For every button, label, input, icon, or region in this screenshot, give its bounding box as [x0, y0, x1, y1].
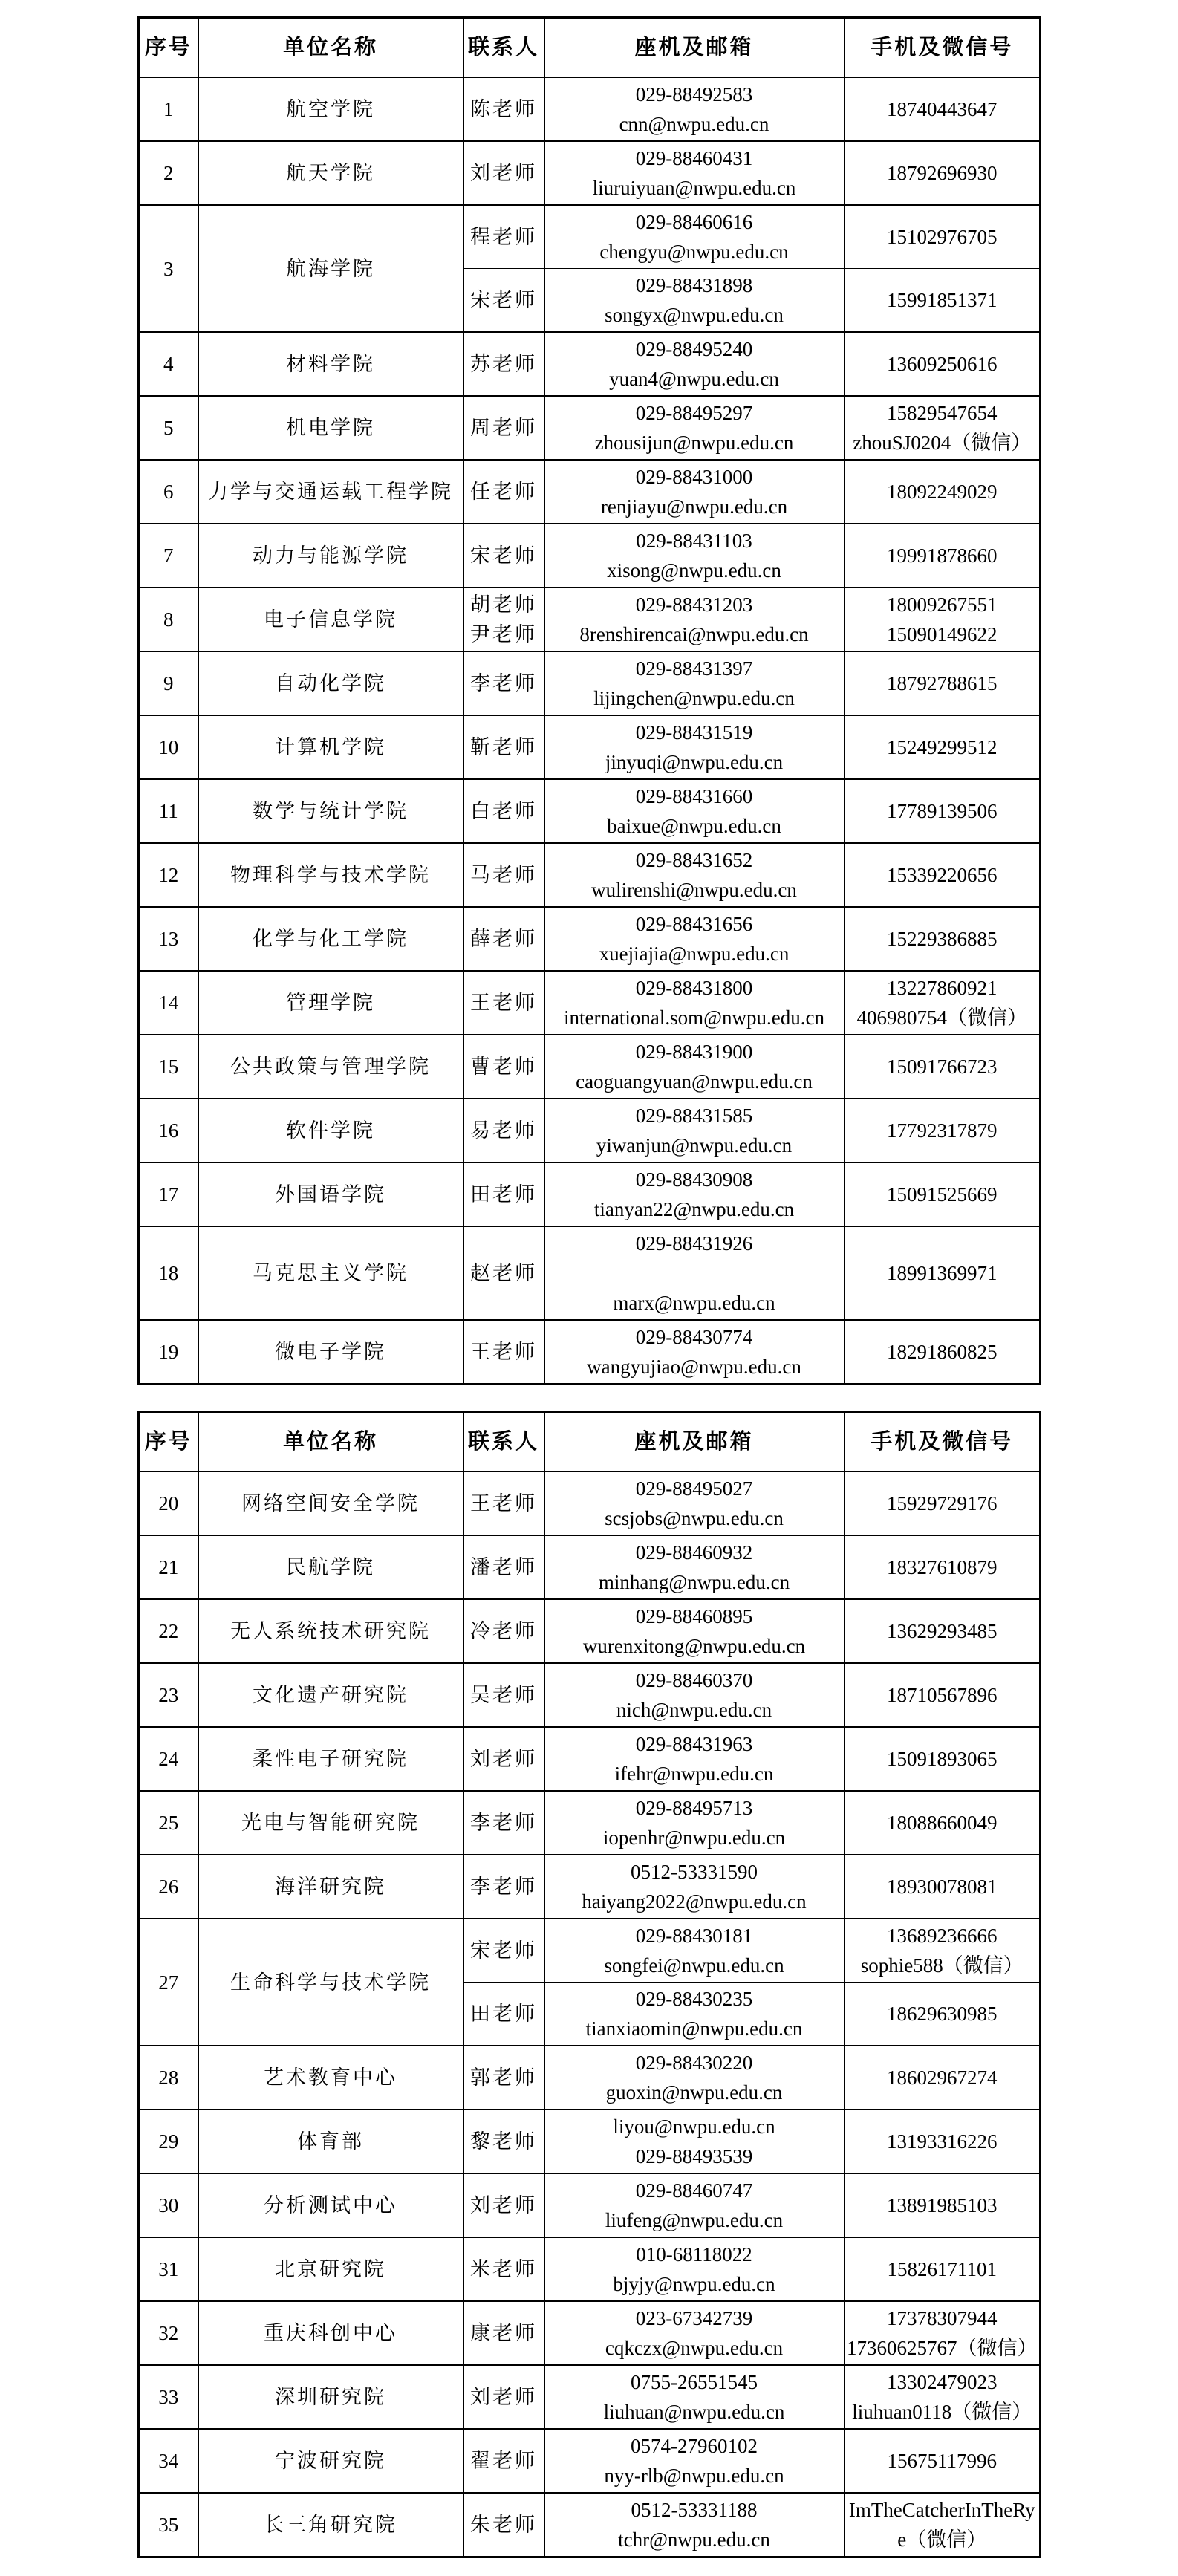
table-row: 3航海学院程老师029-88460616chengyu@nwpu.edu.cn1…	[139, 205, 1041, 269]
cell-line: 易老师	[466, 1116, 542, 1145]
table-row: 4材料学院苏老师029-88495240yuan4@nwpu.edu.cn136…	[139, 332, 1041, 396]
unit-name-cell: 软件学院	[198, 1099, 463, 1162]
cell-line: 31	[141, 2254, 196, 2284]
landline-email-cell: 029-88431660baixue@nwpu.edu.cn	[544, 779, 845, 843]
contact-person-cell: 赵老师	[463, 1226, 544, 1320]
cell-line: 15929729176	[847, 1489, 1038, 1518]
cell-line: 8	[141, 605, 196, 634]
column-header-no: 序号	[139, 18, 198, 78]
table-row: 28艺术教育中心郭老师029-88430220guoxin@nwpu.edu.c…	[139, 2046, 1041, 2110]
contact-person-cell: 李老师	[463, 1791, 544, 1855]
unit-name-cell: 生命科学与技术学院	[198, 1919, 463, 2046]
unit-name-cell: 深圳研究院	[198, 2365, 463, 2429]
cell-line: 029-88431585	[547, 1101, 842, 1131]
cell-line: 艺术教育中心	[201, 2063, 461, 2092]
cell-line: 029-88431898	[547, 270, 842, 300]
cell-line: 029-88495027	[547, 1474, 842, 1503]
table-row: 25光电与智能研究院李老师029-88495713iopenhr@nwpu.ed…	[139, 1791, 1041, 1855]
contact-person-cell: 靳老师	[463, 715, 544, 779]
cell-line: 王老师	[466, 988, 542, 1018]
table-row: 27生命科学与技术学院宋老师029-88430181songfei@nwpu.e…	[139, 1919, 1041, 1983]
cell-line: 029-88430235	[547, 1984, 842, 2014]
landline-email-cell: 029-88431900caoguangyuan@nwpu.edu.cn	[544, 1035, 845, 1099]
cell-line: 18991369971	[847, 1258, 1038, 1288]
contact-person-cell: 朱老师	[463, 2493, 544, 2557]
cell-line: baixue@nwpu.edu.cn	[547, 811, 842, 841]
row-number-cell: 18	[139, 1226, 198, 1320]
mobile-wechat-cell: 13891985103	[845, 2173, 1041, 2237]
cell-line: 动力与能源学院	[201, 541, 461, 570]
cell-line: 5	[141, 413, 196, 443]
row-number-cell: 35	[139, 2493, 198, 2557]
contact-person-cell: 吴老师	[463, 1663, 544, 1727]
cell-line: 机电学院	[201, 413, 461, 443]
landline-email-cell: 029-88460616chengyu@nwpu.edu.cn	[544, 205, 845, 269]
row-number-cell: 9	[139, 651, 198, 715]
row-number-cell: 13	[139, 907, 198, 971]
cell-line: caoguangyuan@nwpu.edu.cn	[547, 1067, 842, 1096]
cell-line: 18629630985	[847, 1999, 1038, 2029]
cell-line: 外国语学院	[201, 1180, 461, 1209]
cell-line: 18327610879	[847, 1552, 1038, 1582]
cell-line: 18740443647	[847, 94, 1038, 124]
cell-line: jinyuqi@nwpu.edu.cn	[547, 747, 842, 777]
landline-email-cell: 029-88431519jinyuqi@nwpu.edu.cn	[544, 715, 845, 779]
row-number-cell: 25	[139, 1791, 198, 1855]
table-row: 26海洋研究院李老师0512-53331590haiyang2022@nwpu.…	[139, 1855, 1041, 1919]
row-number-cell: 16	[139, 1099, 198, 1162]
cell-line: 0512-53331590	[547, 1857, 842, 1887]
row-number-cell: 4	[139, 332, 198, 396]
cell-line: 18602967274	[847, 2063, 1038, 2092]
unit-name-cell: 北京研究院	[198, 2237, 463, 2301]
cell-line: 029-88430220	[547, 2048, 842, 2078]
cell-line: 3	[141, 254, 196, 284]
cell-line: 15826171101	[847, 2254, 1038, 2284]
unit-name-cell: 航海学院	[198, 205, 463, 332]
cell-line: 宁波研究院	[201, 2446, 461, 2476]
cell-line: 2	[141, 158, 196, 188]
row-number-cell: 22	[139, 1599, 198, 1663]
landline-email-cell: 029-88460895wurenxitong@nwpu.edu.cn	[544, 1599, 845, 1663]
column-header-contact: 联系人	[463, 1412, 544, 1472]
cell-line: 1	[141, 94, 196, 124]
mobile-wechat-cell: 15091893065	[845, 1727, 1041, 1791]
table-row: 9自动化学院李老师029-88431397lijingchen@nwpu.edu…	[139, 651, 1041, 715]
cell-line: 刘老师	[466, 2190, 542, 2220]
cell-line: songyx@nwpu.edu.cn	[547, 300, 842, 330]
unit-name-cell: 微电子学院	[198, 1320, 463, 1385]
cell-line: 郭老师	[466, 2063, 542, 2092]
cell-line: 029-88460370	[547, 1665, 842, 1695]
mobile-wechat-cell: 19991878660	[845, 524, 1041, 588]
cell-line: 13609250616	[847, 349, 1038, 379]
cell-line: 30	[141, 2190, 196, 2220]
cell-line: 李老师	[466, 669, 542, 698]
cell-line: 406980754（微信）	[847, 1003, 1038, 1032]
contact-person-cell: 刘老师	[463, 2365, 544, 2429]
cell-line: 33	[141, 2382, 196, 2412]
unit-name-cell: 柔性电子研究院	[198, 1727, 463, 1791]
row-number-cell: 34	[139, 2429, 198, 2493]
table-1-body: 1航空学院陈老师029-88492583cnn@nwpu.edu.cn18740…	[139, 77, 1041, 1385]
row-number-cell: 20	[139, 1471, 198, 1535]
cell-line: 18	[141, 1258, 196, 1288]
row-number-cell: 1	[139, 77, 198, 141]
row-number-cell: 8	[139, 588, 198, 651]
cell-line: 029-88460747	[547, 2176, 842, 2205]
cell-line: 刘老师	[466, 1744, 542, 1774]
cell-line: sophie588（微信）	[847, 1951, 1038, 1980]
table-row: 23文化遗产研究院吴老师029-88460370nich@nwpu.edu.cn…	[139, 1663, 1041, 1727]
table-row: 11数学与统计学院白老师029-88431660baixue@nwpu.edu.…	[139, 779, 1041, 843]
cell-line: 软件学院	[201, 1116, 461, 1145]
cell-line: 北京研究院	[201, 2254, 461, 2284]
mobile-wechat-cell: 15102976705	[845, 205, 1041, 269]
table-row: 17外国语学院田老师029-88430908tianyan22@nwpu.edu…	[139, 1162, 1041, 1226]
mobile-wechat-cell: 18291860825	[845, 1320, 1041, 1385]
cell-line: 计算机学院	[201, 732, 461, 762]
cell-line: 13227860921	[847, 973, 1038, 1003]
mobile-wechat-cell: 1800926755115090149622	[845, 588, 1041, 651]
cell-line: iopenhr@nwpu.edu.cn	[547, 1823, 842, 1853]
cell-line: 7	[141, 541, 196, 570]
cell-line: renjiayu@nwpu.edu.cn	[547, 492, 842, 521]
cell-line: 潘老师	[466, 1552, 542, 1582]
mobile-wechat-cell: 13193316226	[845, 2110, 1041, 2173]
mobile-wechat-cell: 18092249029	[845, 460, 1041, 524]
row-number-cell: 11	[139, 779, 198, 843]
cell-line: 马克思主义学院	[201, 1258, 461, 1288]
column-header-no: 序号	[139, 1412, 198, 1472]
landline-email-cell: 029-88431652wulirenshi@nwpu.edu.cn	[544, 843, 845, 907]
contact-person-cell: 李老师	[463, 1855, 544, 1919]
mobile-wechat-cell: ImTheCatcherInTheRye（微信）	[845, 2493, 1041, 2557]
cell-line: 网络空间安全学院	[201, 1489, 461, 1518]
landline-email-cell: 029-88495297zhousijun@nwpu.edu.cn	[544, 396, 845, 460]
landline-email-cell: 029-88431397lijingchen@nwpu.edu.cn	[544, 651, 845, 715]
column-header-landline: 座机及邮箱	[544, 1412, 845, 1472]
row-number-cell: 21	[139, 1535, 198, 1599]
cell-line: 朱老师	[466, 2510, 542, 2540]
cell-line: zhousijun@nwpu.edu.cn	[547, 428, 842, 458]
landline-email-cell: 029-88495027scsjobs@nwpu.edu.cn	[544, 1471, 845, 1535]
row-number-cell: 7	[139, 524, 198, 588]
table-row: 15公共政策与管理学院曹老师029-88431900caoguangyuan@n…	[139, 1035, 1041, 1099]
table-row: 22无人系统技术研究院冷老师029-88460895wurenxitong@nw…	[139, 1599, 1041, 1663]
row-number-cell: 26	[139, 1855, 198, 1919]
cell-line: 029-88431656	[547, 909, 842, 939]
column-header-landline: 座机及邮箱	[544, 18, 845, 78]
cell-line: 田老师	[466, 1999, 542, 2029]
cell-line: 17360625767（微信）	[847, 2333, 1038, 2363]
cell-line: 029-88495297	[547, 398, 842, 428]
table-row: 20网络空间安全学院王老师029-88495027scsjobs@nwpu.ed…	[139, 1471, 1041, 1535]
table-row: 6力学与交通运载工程学院任老师029-88431000renjiayu@nwpu…	[139, 460, 1041, 524]
cell-line: 数学与统计学院	[201, 796, 461, 826]
cell-line: 电子信息学院	[201, 605, 461, 634]
landline-email-cell: 0755-26551545liuhuan@nwpu.edu.cn	[544, 2365, 845, 2429]
mobile-wechat-cell: 18792696930	[845, 141, 1041, 205]
landline-email-cell: 029-88430774wangyujiao@nwpu.edu.cn	[544, 1320, 845, 1385]
contact-person-cell: 郭老师	[463, 2046, 544, 2110]
cell-line: 13	[141, 924, 196, 954]
cell-line: 029-88460616	[547, 207, 842, 237]
cell-line: 13302479023	[847, 2367, 1038, 2397]
row-number-cell: 24	[139, 1727, 198, 1791]
table-row: 1航空学院陈老师029-88492583cnn@nwpu.edu.cn18740…	[139, 77, 1041, 141]
unit-name-cell: 体育部	[198, 2110, 463, 2173]
cell-line: 重庆科创中心	[201, 2318, 461, 2348]
contact-person-cell: 王老师	[463, 971, 544, 1035]
landline-email-cell: liyou@nwpu.edu.cn029-88493539	[544, 2110, 845, 2173]
unit-name-cell: 物理科学与技术学院	[198, 843, 463, 907]
cell-line: 刘老师	[466, 2382, 542, 2412]
mobile-wechat-cell: 18088660049	[845, 1791, 1041, 1855]
contact-person-cell: 刘老师	[463, 1727, 544, 1791]
row-number-cell: 6	[139, 460, 198, 524]
cell-line: tianxiaomin@nwpu.edu.cn	[547, 2014, 842, 2043]
cell-line: 14	[141, 988, 196, 1018]
row-number-cell: 29	[139, 2110, 198, 2173]
landline-email-cell: 029-88431656xuejiajia@nwpu.edu.cn	[544, 907, 845, 971]
unit-name-cell: 重庆科创中心	[198, 2301, 463, 2365]
contact-person-cell: 薛老师	[463, 907, 544, 971]
mobile-wechat-cell: 15229386885	[845, 907, 1041, 971]
column-header-mobile: 手机及微信号	[845, 18, 1041, 78]
cell-line: xisong@nwpu.edu.cn	[547, 556, 842, 585]
cell-line: 航天学院	[201, 158, 461, 188]
contact-person-cell: 宋老师	[463, 524, 544, 588]
contact-person-cell: 田老师	[463, 1162, 544, 1226]
cell-line: 20	[141, 1489, 196, 1518]
unit-name-cell: 计算机学院	[198, 715, 463, 779]
landline-email-cell: 029-88430220guoxin@nwpu.edu.cn	[544, 2046, 845, 2110]
cell-line: tchr@nwpu.edu.cn	[547, 2525, 842, 2554]
mobile-wechat-cell: 15091525669	[845, 1162, 1041, 1226]
table-2-header: 序号单位名称联系人座机及邮箱手机及微信号	[139, 1412, 1041, 1472]
cell-line: 尹老师	[466, 619, 542, 649]
landline-email-cell: 029-884312038renshirencai@nwpu.edu.cn	[544, 588, 845, 651]
cell-line: liufeng@nwpu.edu.cn	[547, 2205, 842, 2235]
cell-line: 任老师	[466, 477, 542, 507]
cell-line: 023-67342739	[547, 2303, 842, 2333]
cell-line: 19	[141, 1337, 196, 1367]
cell-line: zhouSJ0204（微信）	[847, 428, 1038, 458]
contact-person-cell: 翟老师	[463, 2429, 544, 2493]
cell-line: minhang@nwpu.edu.cn	[547, 1567, 842, 1597]
mobile-wechat-cell: 1737830794417360625767（微信）	[845, 2301, 1041, 2365]
cell-line: 苏老师	[466, 349, 542, 379]
unit-name-cell: 自动化学院	[198, 651, 463, 715]
cell-line: 生命科学与技术学院	[201, 1968, 461, 1997]
cell-line: 6	[141, 477, 196, 507]
cell-line: 22	[141, 1616, 196, 1646]
cell-line: liuhuan@nwpu.edu.cn	[547, 2397, 842, 2427]
landline-email-cell: 029-88460747liufeng@nwpu.edu.cn	[544, 2173, 845, 2237]
cell-line: 米老师	[466, 2254, 542, 2284]
landline-email-cell: 029-88431103xisong@nwpu.edu.cn	[544, 524, 845, 588]
cell-line: 18930078081	[847, 1872, 1038, 1902]
cell-line: 翟老师	[466, 2446, 542, 2476]
row-number-cell: 12	[139, 843, 198, 907]
mobile-wechat-cell: 17789139506	[845, 779, 1041, 843]
table-row: 34宁波研究院翟老师0574-27960102nyy-rlb@nwpu.edu.…	[139, 2429, 1041, 2493]
contact-person-cell: 冷老师	[463, 1599, 544, 1663]
contact-person-cell: 潘老师	[463, 1535, 544, 1599]
cell-line: 文化遗产研究院	[201, 1680, 461, 1710]
cell-line: 物理科学与技术学院	[201, 860, 461, 890]
unit-name-cell: 化学与化工学院	[198, 907, 463, 971]
cell-line: 29	[141, 2127, 196, 2156]
table-row: 8电子信息学院胡老师尹老师029-884312038renshirencai@n…	[139, 588, 1041, 651]
mobile-wechat-cell: 15929729176	[845, 1471, 1041, 1535]
cell-line: 力学与交通运载工程学院	[201, 477, 461, 507]
cell-line: 13629293485	[847, 1616, 1038, 1646]
table-row: 5机电学院周老师029-88495297zhousijun@nwpu.edu.c…	[139, 396, 1041, 460]
cell-line: 4	[141, 349, 196, 379]
cell-line: 18092249029	[847, 477, 1038, 507]
row-number-cell: 10	[139, 715, 198, 779]
unit-name-cell: 宁波研究院	[198, 2429, 463, 2493]
landline-email-cell: 029-88431585yiwanjun@nwpu.edu.cn	[544, 1099, 845, 1162]
landline-email-cell: 0512-53331590haiyang2022@nwpu.edu.cn	[544, 1855, 845, 1919]
cell-line: 029-88431926	[547, 1229, 842, 1258]
cell-line: 32	[141, 2318, 196, 2348]
cell-line: 赵老师	[466, 1258, 542, 1288]
contact-person-cell: 曹老师	[463, 1035, 544, 1099]
contact-person-cell: 李老师	[463, 651, 544, 715]
cell-line: 23	[141, 1680, 196, 1710]
contact-table-1: 序号单位名称联系人座机及邮箱手机及微信号 1航空学院陈老师029-8849258…	[137, 16, 1041, 1385]
cell-line: 15829547654	[847, 398, 1038, 428]
cell-line: 029-88431519	[547, 718, 842, 747]
cell-line: 13689236666	[847, 1921, 1038, 1951]
mobile-wechat-cell: 15339220656	[845, 843, 1041, 907]
cell-line: 029-88493539	[547, 2141, 842, 2171]
unit-name-cell: 分析测试中心	[198, 2173, 463, 2237]
cell-line: 18291860825	[847, 1337, 1038, 1367]
cell-line: 15090149622	[847, 619, 1038, 649]
cell-line: 029-88431800	[547, 973, 842, 1003]
cell-line: 15339220656	[847, 860, 1038, 890]
cell-line: 34	[141, 2446, 196, 2476]
mobile-wechat-cell: 15091766723	[845, 1035, 1041, 1099]
cell-line: liuhuan0118（微信）	[847, 2397, 1038, 2427]
row-number-cell: 17	[139, 1162, 198, 1226]
cell-line: yiwanjun@nwpu.edu.cn	[547, 1131, 842, 1160]
cell-line: 010-68118022	[547, 2240, 842, 2269]
row-number-cell: 15	[139, 1035, 198, 1099]
cell-line: 康老师	[466, 2318, 542, 2348]
cell-line: 19991878660	[847, 541, 1038, 570]
cell-line: 029-88430181	[547, 1921, 842, 1951]
cell-line: 李老师	[466, 1872, 542, 1902]
mobile-wechat-cell: 18602967274	[845, 2046, 1041, 2110]
cell-line: guoxin@nwpu.edu.cn	[547, 2078, 842, 2107]
landline-email-cell: 029-88495713iopenhr@nwpu.edu.cn	[544, 1791, 845, 1855]
cell-line: 029-88431397	[547, 654, 842, 683]
table-row: 24柔性电子研究院刘老师029-88431963ifehr@nwpu.edu.c…	[139, 1727, 1041, 1791]
unit-name-cell: 外国语学院	[198, 1162, 463, 1226]
cell-line: 15102976705	[847, 222, 1038, 252]
column-header-mobile: 手机及微信号	[845, 1412, 1041, 1472]
cell-line: 深圳研究院	[201, 2382, 461, 2412]
landline-email-cell: 023-67342739cqkczx@nwpu.edu.cn	[544, 2301, 845, 2365]
table-row: 12物理科学与技术学院马老师029-88431652wulirenshi@nwp…	[139, 843, 1041, 907]
cell-line: 13193316226	[847, 2127, 1038, 2156]
contact-person-cell: 宋老师	[463, 269, 544, 333]
cell-line: 程老师	[466, 222, 542, 252]
landline-email-cell: 029-88431898songyx@nwpu.edu.cn	[544, 269, 845, 333]
cell-line: 029-88431000	[547, 462, 842, 492]
cell-line: 029-88460895	[547, 1601, 842, 1631]
unit-name-cell: 马克思主义学院	[198, 1226, 463, 1320]
cell-line: 11	[141, 796, 196, 826]
row-number-cell: 31	[139, 2237, 198, 2301]
cell-line: 冷老师	[466, 1616, 542, 1646]
cell-line: xuejiajia@nwpu.edu.cn	[547, 939, 842, 969]
mobile-wechat-cell: 13609250616	[845, 332, 1041, 396]
unit-name-cell: 长三角研究院	[198, 2493, 463, 2557]
cell-line: nyy-rlb@nwpu.edu.cn	[547, 2461, 842, 2491]
mobile-wechat-cell: 18991369971	[845, 1226, 1041, 1320]
header-row: 序号单位名称联系人座机及邮箱手机及微信号	[139, 18, 1041, 78]
cell-line: liyou@nwpu.edu.cn	[547, 2112, 842, 2141]
cell-line: 18710567896	[847, 1680, 1038, 1710]
cell-line: liuruiyuan@nwpu.edu.cn	[547, 173, 842, 203]
table-row: 13化学与化工学院薛老师029-88431656xuejiajia@nwpu.e…	[139, 907, 1041, 971]
table-row: 7动力与能源学院宋老师029-88431103xisong@nwpu.edu.c…	[139, 524, 1041, 588]
cell-line: bjyjy@nwpu.edu.cn	[547, 2269, 842, 2299]
cell-line: 田老师	[466, 1180, 542, 1209]
cell-line: chengyu@nwpu.edu.cn	[547, 237, 842, 267]
unit-name-cell: 航天学院	[198, 141, 463, 205]
table-row: 2航天学院刘老师029-88460431liuruiyuan@nwpu.edu.…	[139, 141, 1041, 205]
cell-line: ImTheCatcherInTheRye（微信）	[847, 2495, 1038, 2554]
cell-line: tianyan22@nwpu.edu.cn	[547, 1194, 842, 1224]
contact-person-cell: 田老师	[463, 1983, 544, 2046]
cell-line: 公共政策与管理学院	[201, 1052, 461, 1082]
unit-name-cell: 光电与智能研究院	[198, 1791, 463, 1855]
mobile-wechat-cell: 15826171101	[845, 2237, 1041, 2301]
landline-email-cell: 029-88460932minhang@nwpu.edu.cn	[544, 1535, 845, 1599]
unit-name-cell: 民航学院	[198, 1535, 463, 1599]
landline-email-cell: 010-68118022bjyjy@nwpu.edu.cn	[544, 2237, 845, 2301]
row-number-cell: 5	[139, 396, 198, 460]
landline-email-cell: 029-88430908tianyan22@nwpu.edu.cn	[544, 1162, 845, 1226]
cell-line: marx@nwpu.edu.cn	[547, 1288, 842, 1318]
table-row: 19微电子学院王老师029-88430774wangyujiao@nwpu.ed…	[139, 1320, 1041, 1385]
table-row: 33深圳研究院刘老师0755-26551545liuhuan@nwpu.edu.…	[139, 2365, 1041, 2429]
unit-name-cell: 数学与统计学院	[198, 779, 463, 843]
landline-email-cell: 029-88431800international.som@nwpu.edu.c…	[544, 971, 845, 1035]
contact-person-cell: 程老师	[463, 205, 544, 269]
landline-email-cell: 029-88460431liuruiyuan@nwpu.edu.cn	[544, 141, 845, 205]
cell-line: 029-88431660	[547, 781, 842, 811]
cell-line	[547, 1258, 842, 1288]
mobile-wechat-cell: 15249299512	[845, 715, 1041, 779]
mobile-wechat-cell: 13227860921406980754（微信）	[845, 971, 1041, 1035]
cell-line: 白老师	[466, 796, 542, 826]
cell-line: wulirenshi@nwpu.edu.cn	[547, 875, 842, 905]
cell-line: 21	[141, 1552, 196, 1582]
cell-line: 029-88460932	[547, 1538, 842, 1567]
cell-line: 体育部	[201, 2127, 461, 2156]
cell-line: 化学与化工学院	[201, 924, 461, 954]
cell-line: lijingchen@nwpu.edu.cn	[547, 683, 842, 713]
contact-table-2: 序号单位名称联系人座机及邮箱手机及微信号 20网络空间安全学院王老师029-88…	[137, 1411, 1041, 2558]
